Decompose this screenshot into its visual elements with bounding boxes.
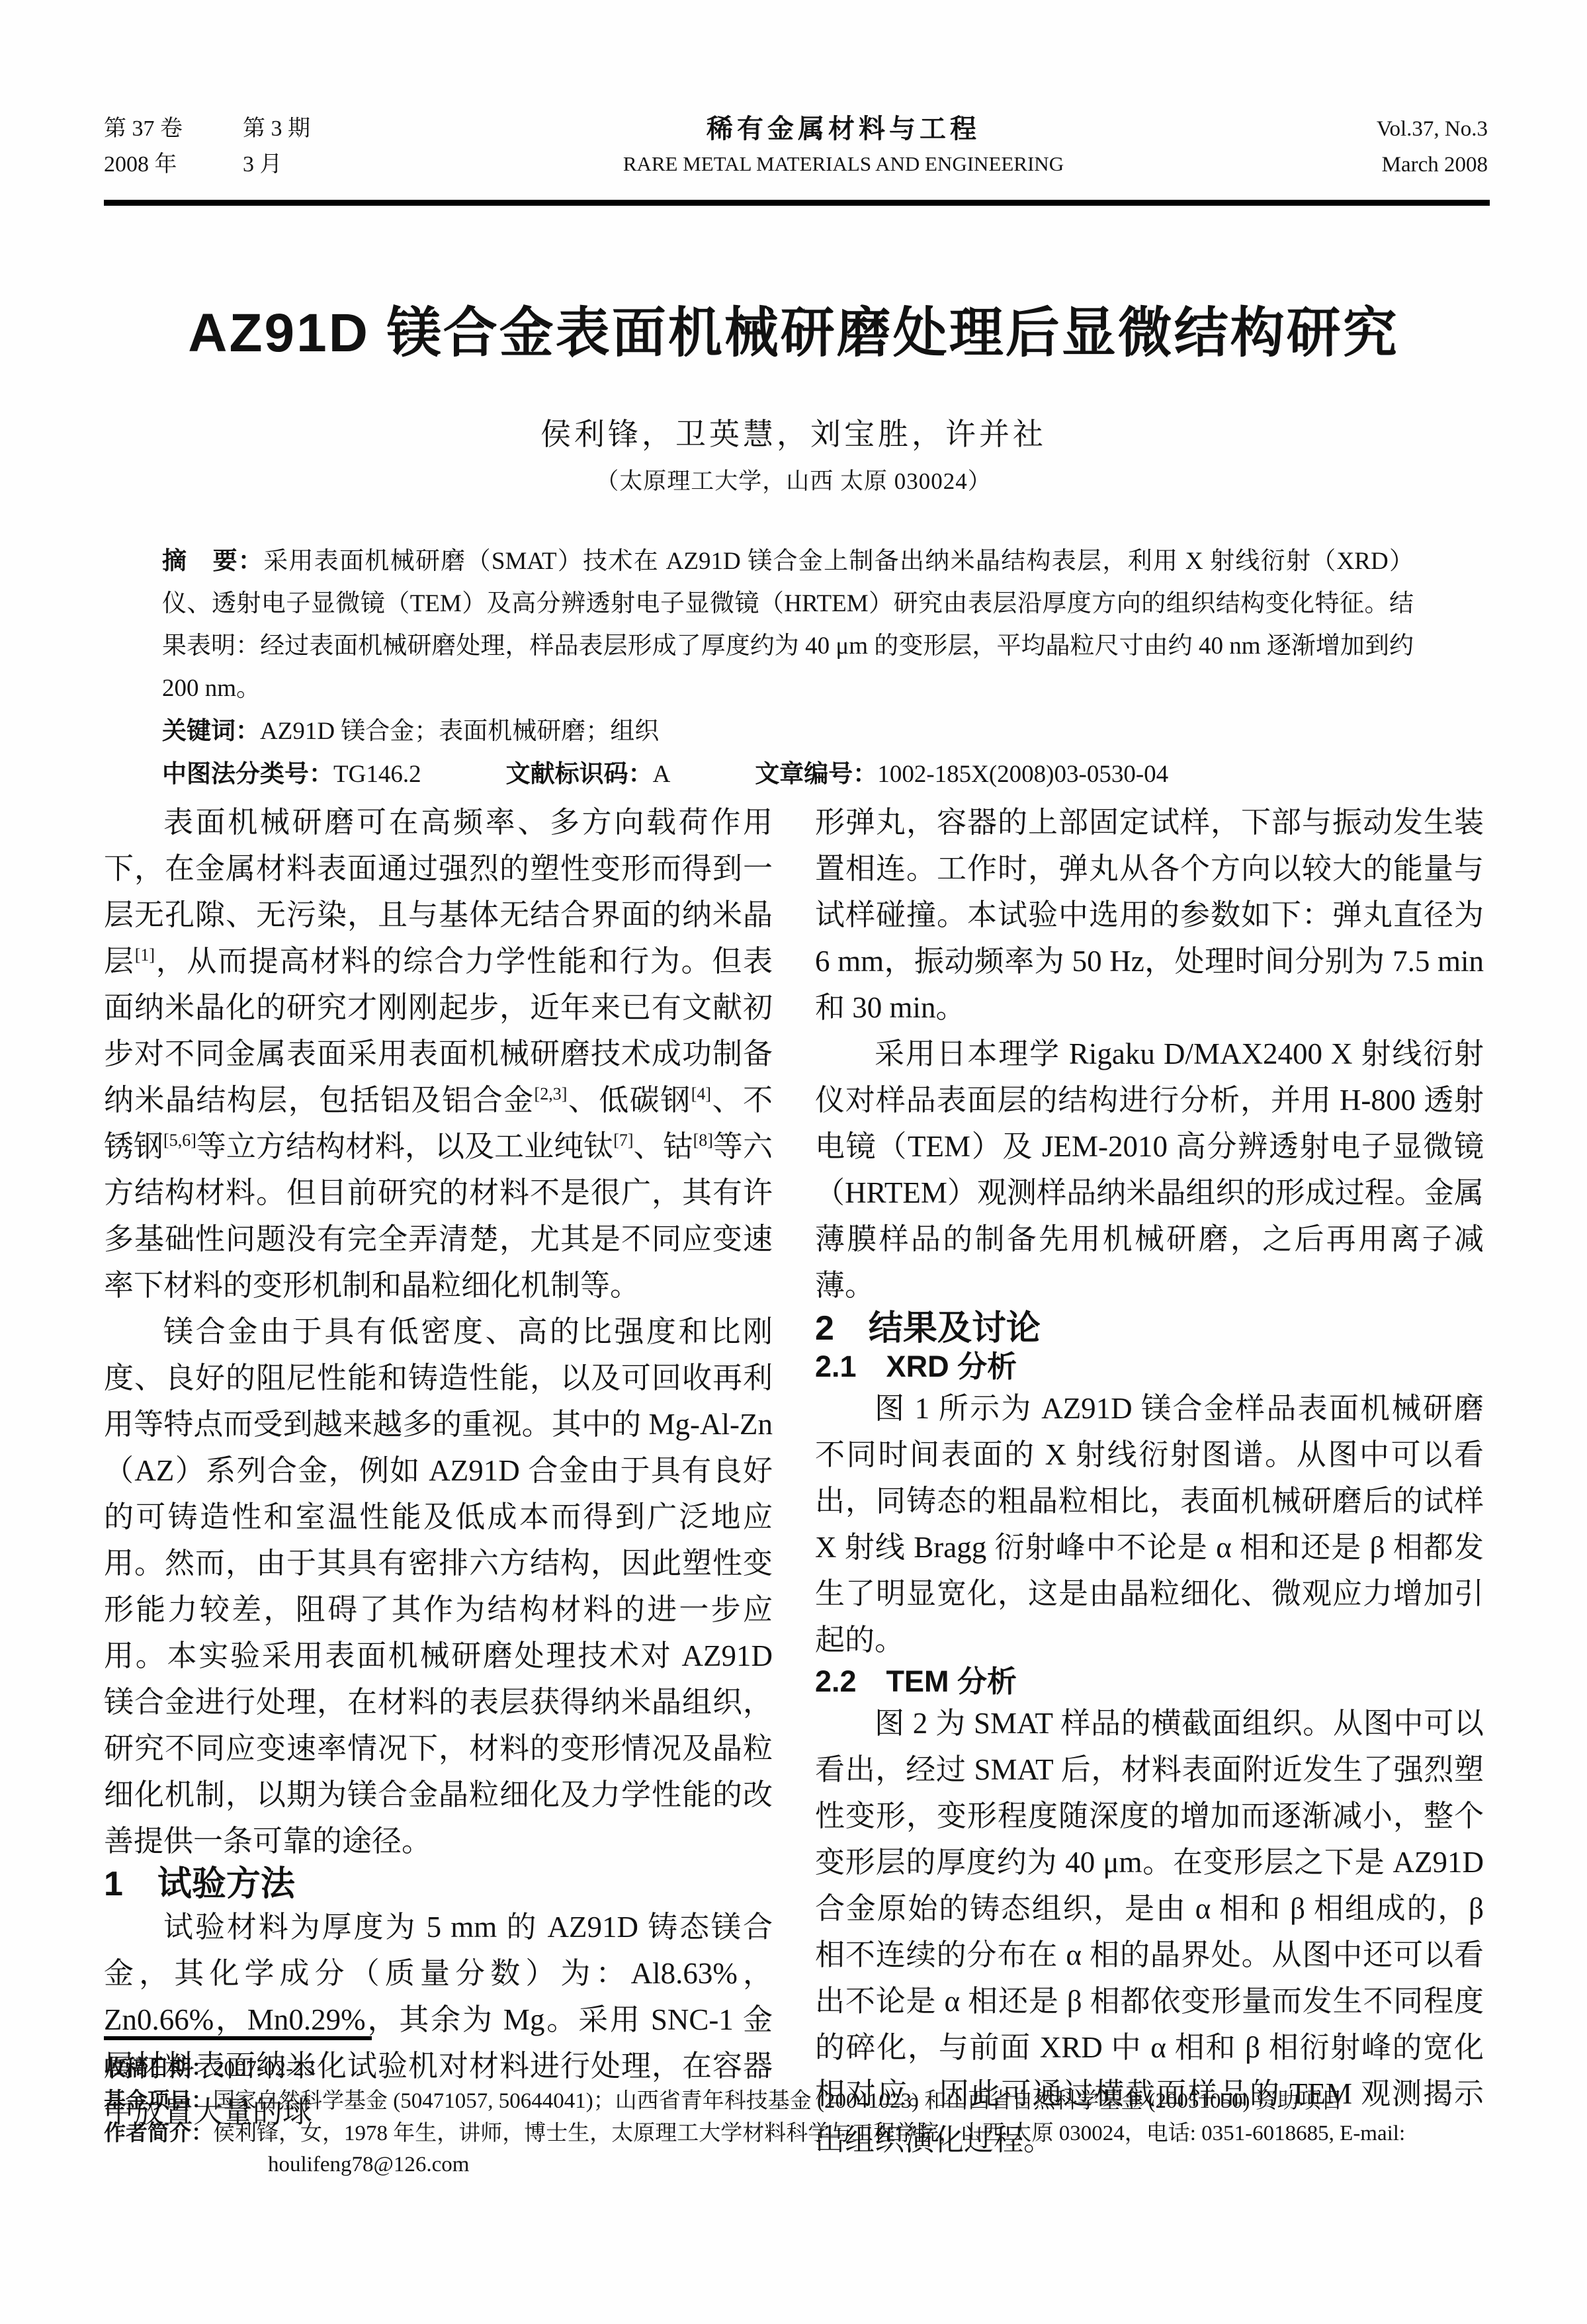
vol-en: Vol.37, No.3	[1377, 111, 1488, 147]
keywords-line: 关键词：AZ91D 镁合金；表面机械研磨；组织	[162, 710, 1414, 753]
issue-zh: 第 3 期	[243, 111, 310, 147]
keywords-label: 关键词：	[162, 717, 260, 744]
paragraph-method-3: 采用日本理学 Rigaku D/MAX2400 X 射线衍射仪对样品表面层的结构…	[815, 1031, 1484, 1309]
doc-code-label: 文献标识码：	[506, 760, 653, 787]
footnote-divider	[104, 2036, 372, 2040]
journal-name: 稀有金属材料与工程 RARE METAL MATERIALS AND ENGIN…	[310, 111, 1377, 181]
received-line: 收稿日期：2007-02-23	[104, 2052, 1497, 2085]
abstract-paragraph: 摘 要：采用表面机械研磨（SMAT）技术在 AZ91D 镁合金上制备出纳米晶结构…	[162, 540, 1414, 710]
clc-value: TG146.2	[333, 761, 421, 788]
paper-page: 第 37 卷 第 3 期 2008 年 3 月 稀有金属材料与工程 RARE M…	[0, 0, 1587, 2324]
paragraph-method-2: 形弹丸，容器的上部固定试样，下部与振动发生装置相连。工作时，弹丸从各个方向以较大…	[815, 799, 1484, 1031]
paragraph-intro-2: 镁合金由于具有低密度、高的比强度和比刚度、良好的阻尼性能和铸造性能，以及可回收再…	[104, 1309, 773, 1864]
journal-vol-date-en: Vol.37, No.3 March 2008	[1377, 111, 1488, 183]
body-columns: 表面机械研磨可在高频率、多方向载荷作用下，在金属材料表面通过强烈的塑性变形而得到…	[104, 799, 1484, 2163]
subsection-heading-2-2: 2.2 TEM 分析	[815, 1663, 1484, 1700]
journal-header: 第 37 卷 第 3 期 2008 年 3 月 稀有金属材料与工程 RARE M…	[104, 111, 1488, 183]
bio-text: 侯利锋，女，1978 年生，讲师，博士生，太原理工大学材料科学与工程学院，山西 …	[213, 2122, 1405, 2176]
month-zh: 3 月	[243, 147, 282, 183]
doc-code-item: 文献标识码：A	[506, 753, 671, 796]
subsection-heading-2-1: 2.1 XRD 分析	[815, 1348, 1484, 1385]
affiliation-line: （太原理工大学，山西 太原 030024）	[0, 463, 1587, 496]
fund-label: 基金项目：	[104, 2088, 213, 2112]
article-no-label: 文章编号：	[755, 760, 877, 787]
left-column: 表面机械研磨可在高频率、多方向载荷作用下，在金属材料表面通过强烈的塑性变形而得到…	[104, 799, 773, 2163]
abstract-block: 摘 要：采用表面机械研磨（SMAT）技术在 AZ91D 镁合金上制备出纳米晶结构…	[162, 540, 1414, 796]
paragraph-intro-1: 表面机械研磨可在高频率、多方向载荷作用下，在金属材料表面通过强烈的塑性变形而得到…	[104, 799, 773, 1309]
page-footer: 收稿日期：2007-02-23 基金项目：国家自然科学基金 (50471057,…	[104, 2052, 1497, 2180]
section-heading-2: 2 结果及讨论	[815, 1309, 1484, 1348]
section-heading-1: 1 试验方法	[104, 1864, 773, 1904]
paragraph-xrd: 图 1 所示为 AZ91D 镁合金样品表面机械研磨不同时间表面的 X 射线衍射图…	[815, 1385, 1484, 1663]
article-no-value: 1002-185X(2008)03-0530-04	[877, 761, 1168, 788]
doc-code-value: A	[653, 761, 671, 788]
journal-name-en: RARE METAL MATERIALS AND ENGINEERING	[310, 147, 1377, 181]
journal-name-zh: 稀有金属材料与工程	[310, 111, 1377, 147]
fund-line: 基金项目：国家自然科学基金 (50471057, 50644041)；山西省青年…	[104, 2085, 1497, 2117]
received-label: 收稿日期：	[104, 2055, 213, 2080]
keywords-text: AZ91D 镁合金；表面机械研磨；组织	[260, 718, 659, 745]
right-column: 形弹丸，容器的上部固定试样，下部与振动发生装置相连。工作时，弹丸从各个方向以较大…	[815, 799, 1484, 2163]
bio-label: 作者简介：	[104, 2120, 213, 2145]
volume-zh: 第 37 卷	[104, 111, 243, 147]
abstract-text: 采用表面机械研磨（SMAT）技术在 AZ91D 镁合金上制备出纳米晶结构表层，利…	[162, 548, 1414, 702]
received-date: 2007-02-23	[213, 2057, 315, 2081]
date-en: March 2008	[1377, 147, 1488, 183]
fund-text: 国家自然科学基金 (50471057, 50644041)；山西省青年科技基金 …	[213, 2089, 1343, 2113]
abstract-label: 摘 要：	[162, 547, 263, 574]
clc-label: 中图法分类号：	[162, 760, 333, 787]
clc-item: 中图法分类号：TG146.2	[162, 753, 421, 796]
header-divider	[104, 200, 1490, 206]
classification-line: 中图法分类号：TG146.2 文献标识码：A 文章编号：1002-185X(20…	[162, 753, 1414, 796]
authors-line: 侯利锋，卫英慧，刘宝胜，许并社	[0, 410, 1587, 454]
article-title: AZ91D 镁合金表面机械研磨处理后显微结构研究	[0, 290, 1587, 367]
author-bio-line: 作者简介：侯利锋，女，1978 年生，讲师，博士生，太原理工大学材料科学与工程学…	[104, 2117, 1497, 2180]
year-zh: 2008 年	[104, 147, 243, 183]
journal-volume-issue: 第 37 卷 第 3 期 2008 年 3 月	[104, 111, 310, 183]
article-no-item: 文章编号：1002-185X(2008)03-0530-04	[755, 753, 1168, 796]
